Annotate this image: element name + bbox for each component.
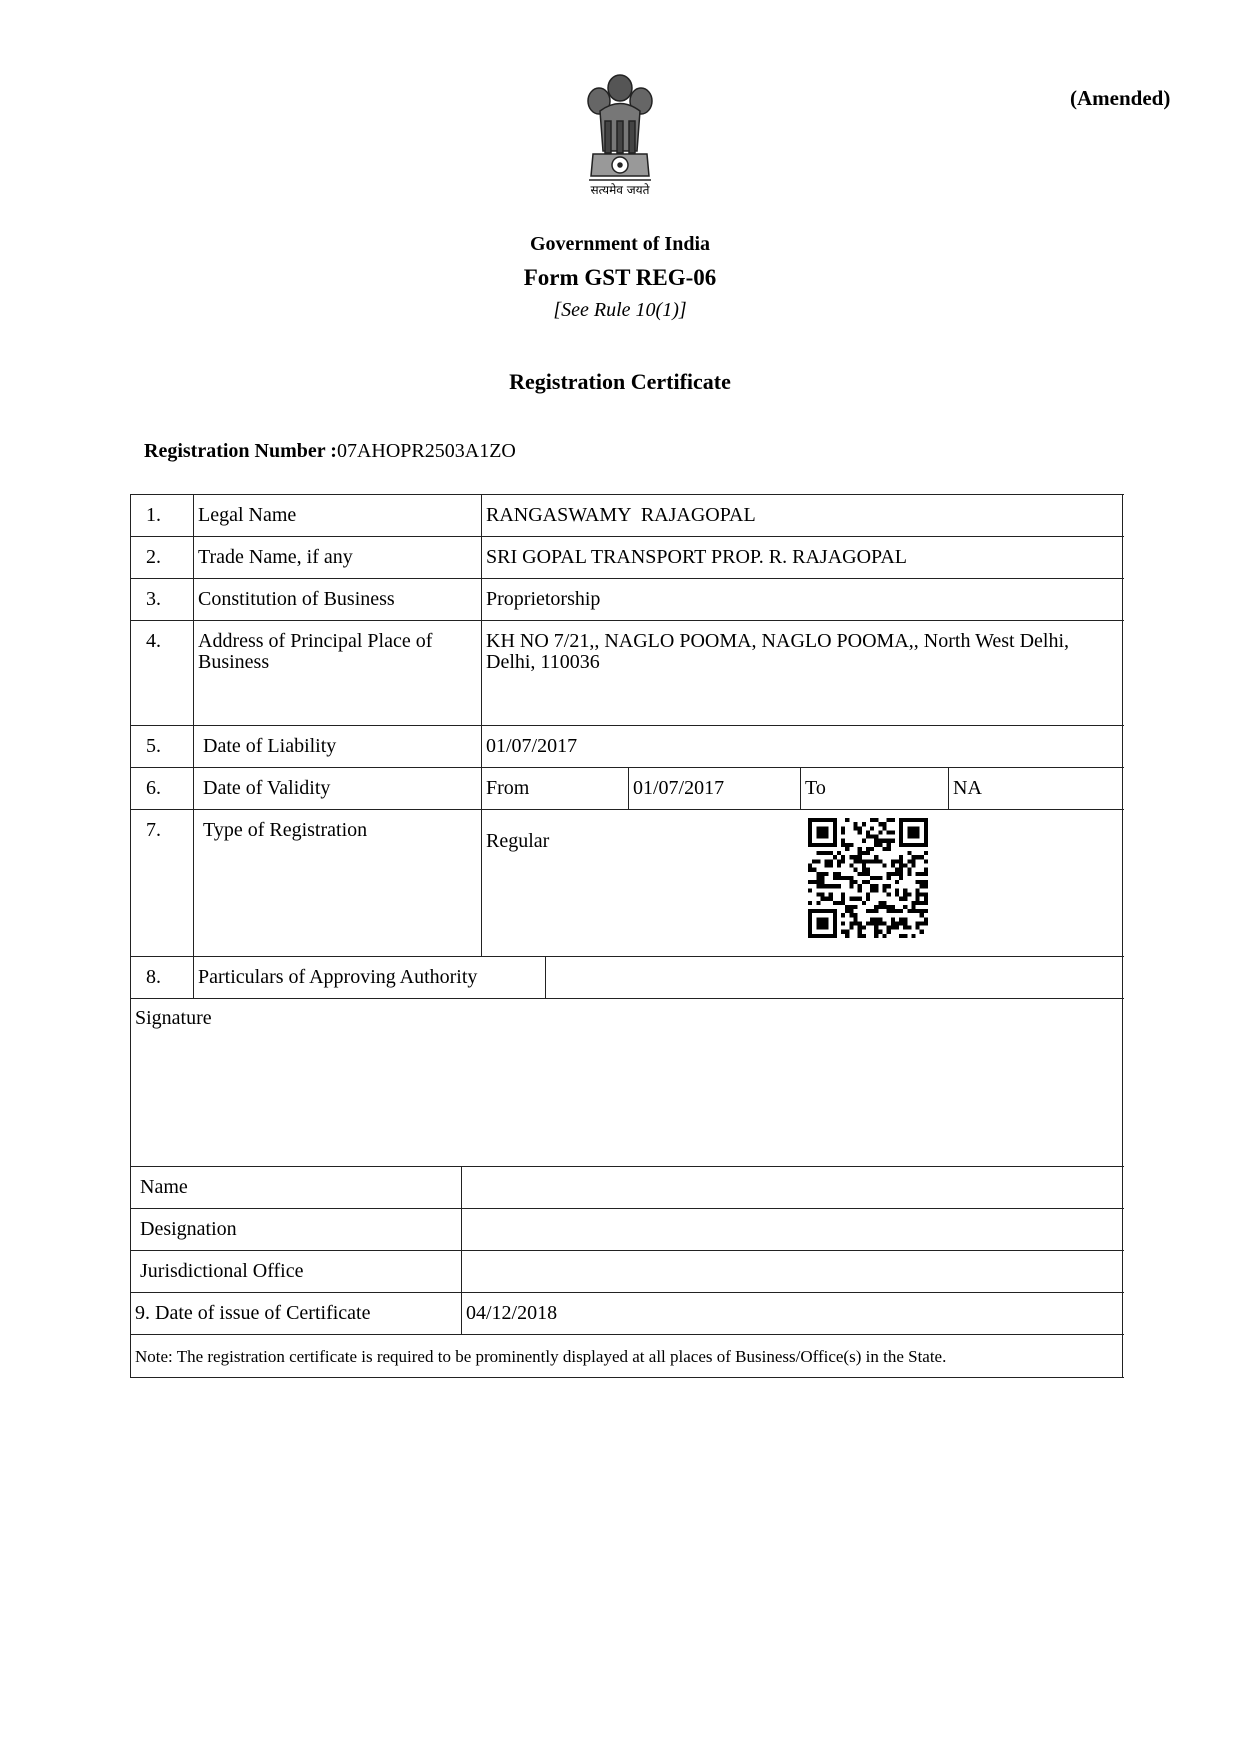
validity-from-value: 01/07/2017 (633, 778, 724, 799)
row-number: 7. (146, 820, 161, 841)
motto-text: सत्यमेव जयते (575, 181, 665, 198)
registration-type-value: Regular (486, 831, 549, 852)
registration-number: Registration Number :07AHOPR2503A1ZO (144, 440, 516, 463)
row-number: 4. (146, 631, 161, 652)
row-label: Type of Registration (203, 820, 367, 841)
row-number: 6. (146, 778, 161, 799)
address-value: KH NO 7/21,, NAGLO POOMA, NAGLO POOMA,, … (486, 631, 1116, 673)
issue-date-label: 9. Date of issue of Certificate (135, 1303, 370, 1324)
validity-to-label: To (805, 778, 826, 799)
legal-name-value: RANGASWAMY RAJAGOPAL (486, 505, 756, 526)
validity-from-label: From (486, 778, 529, 799)
row-label: Address of Principal Place of Business (198, 631, 468, 673)
liability-date-value: 01/07/2017 (486, 736, 577, 757)
row-label: Particulars of Approving Authority (198, 967, 477, 988)
row-number: 8. (146, 967, 161, 988)
validity-to-value: NA (953, 778, 982, 799)
rule-reference: [See Rule 10(1)] (0, 299, 1240, 322)
row-label: Constitution of Business (198, 589, 395, 610)
form-title: Form GST REG-06 (0, 265, 1240, 291)
row-number: 5. (146, 736, 161, 757)
row-number: 1. (146, 505, 161, 526)
constitution-value: Proprietorship (486, 589, 600, 610)
row-label: Trade Name, if any (198, 547, 353, 568)
authority-designation-label: Designation (140, 1219, 237, 1240)
row-label: Date of Validity (203, 778, 330, 799)
row-label: Date of Liability (203, 736, 336, 757)
authority-name-label: Name (140, 1177, 188, 1198)
signature-label: Signature (135, 1008, 212, 1029)
registration-number-value: 07AHOPR2503A1ZO (337, 440, 516, 462)
qr-code-icon (808, 818, 928, 938)
registration-number-label: Registration Number : (144, 440, 337, 462)
trade-name-value: SRI GOPAL TRANSPORT PROP. R. RAJAGOPAL (486, 547, 907, 568)
certificate-title: Registration Certificate (0, 369, 1240, 395)
issue-date-value: 04/12/2018 (466, 1303, 557, 1324)
jurisdictional-office-label: Jurisdictional Office (140, 1261, 303, 1282)
row-number: 2. (146, 547, 161, 568)
government-heading: Government of India (0, 233, 1240, 256)
display-note: Note: The registration certificate is re… (135, 1346, 946, 1367)
row-number: 3. (146, 589, 161, 610)
row-label: Legal Name (198, 505, 296, 526)
amended-label: (Amended) (1070, 86, 1170, 111)
